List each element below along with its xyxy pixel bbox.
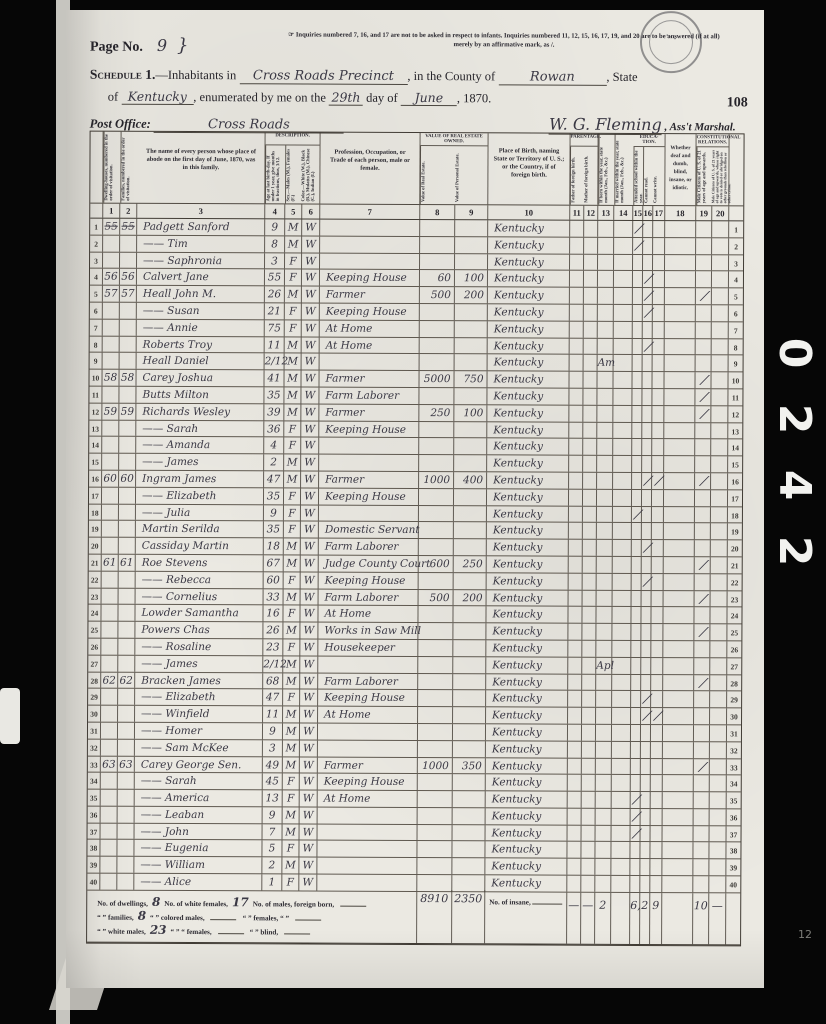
- group-parentage-title: Parentage.: [571, 134, 598, 147]
- column-number-15: 15: [633, 206, 643, 220]
- cell-n: 15: [89, 454, 102, 470]
- cell-pers: [455, 355, 488, 371]
- cell-c15: [631, 658, 641, 674]
- cell-c19: [693, 859, 709, 875]
- cell-dw: [103, 235, 120, 251]
- footer-mark-18: [662, 893, 693, 944]
- cell-c20: [711, 456, 728, 472]
- cell-c16: [642, 439, 652, 455]
- cell-real: [419, 506, 454, 522]
- cell-c17: [652, 439, 664, 455]
- cell-c19: [695, 574, 711, 590]
- cell-c15: /: [631, 826, 641, 842]
- cell-occ: Farmer: [319, 404, 419, 420]
- page-no-value: 9: [157, 36, 167, 55]
- cell-n: 37: [88, 823, 101, 839]
- cell-c18: [665, 255, 696, 271]
- cell-age: 2/12: [263, 656, 283, 672]
- cell-c19: [695, 507, 711, 523]
- cell-occ: Domestic Servant: [319, 522, 419, 538]
- cell-occ: Keeping House: [318, 690, 418, 706]
- column-number-9: 9: [455, 205, 488, 219]
- cell-nr: 38: [726, 843, 740, 859]
- colored-females-blank: [218, 924, 244, 934]
- film-label-digit: 2: [761, 391, 826, 447]
- cell-c17: [652, 490, 664, 506]
- cell-real: [418, 825, 453, 841]
- cell-real: [418, 707, 453, 723]
- film-label-digit: 4: [761, 457, 826, 513]
- column-number-16: 16: [643, 206, 653, 220]
- cell-pers: [453, 707, 486, 723]
- cell-c20: [711, 389, 728, 405]
- cell-dw: [101, 622, 118, 638]
- cell-col: W: [301, 455, 319, 471]
- cell-age: 11: [263, 706, 283, 722]
- cell-occ: Farm Laborer: [319, 539, 419, 555]
- cell-dw: [101, 773, 118, 789]
- cell-age: 35: [264, 522, 284, 538]
- cell-fam: [118, 655, 135, 671]
- cell-pers: 100: [454, 405, 487, 421]
- schedule-pre: —Inhabitants in: [155, 68, 236, 82]
- cell-n: 1: [90, 219, 103, 235]
- cell-c12: [584, 221, 598, 237]
- cell-pers: [453, 657, 486, 673]
- cell-c15: [632, 439, 642, 455]
- cell-col: W: [300, 757, 318, 773]
- cell-fam: [119, 571, 136, 587]
- cell-c20: [712, 221, 729, 237]
- column-number-13: 13: [598, 206, 614, 220]
- cell-dw: [102, 454, 119, 470]
- cell-nr: 24: [727, 608, 741, 624]
- cell-c18: [665, 271, 696, 287]
- group-value-owned: Value of Real Estate Owned. Value of Rea…: [420, 133, 488, 204]
- cell-birth: Kentucky: [487, 439, 569, 455]
- cell-c16: [641, 624, 651, 640]
- cell-age: 68: [263, 673, 283, 689]
- col-occupation-header: Profession, Occupation, or Trade of each…: [320, 133, 420, 204]
- cell-c16: [642, 557, 652, 573]
- cell-c11: [568, 607, 582, 623]
- group-education-title: Educa- tion.: [634, 134, 665, 147]
- cell-c17: [650, 843, 662, 859]
- cell-sex: M: [283, 623, 300, 639]
- col-name-header: The name of every person whose place of …: [137, 132, 265, 204]
- cell-name: —— Elizabeth: [136, 488, 264, 504]
- day-of-label: day of: [366, 91, 398, 105]
- cell-c14: [613, 523, 632, 539]
- cell-c20: [711, 372, 728, 388]
- cell-occ: [319, 505, 419, 521]
- cell-c11: [568, 641, 582, 657]
- cell-real: [419, 489, 454, 505]
- cell-c12: [583, 405, 597, 421]
- cell-c19: [695, 456, 711, 472]
- cell-name: —— Annie: [137, 320, 265, 336]
- cell-occ: Keeping House: [319, 488, 419, 504]
- cell-col: W: [301, 589, 319, 605]
- cell-fam: [119, 420, 136, 436]
- cell-birth: Kentucky: [486, 758, 568, 774]
- cell-n: 2: [90, 235, 103, 251]
- column-number-6: 6: [302, 205, 320, 219]
- cell-c15: [631, 674, 641, 690]
- schedule-label: Schedule 1.: [90, 67, 156, 82]
- cell-nr: 29: [727, 692, 741, 708]
- cell-birth: Kentucky: [488, 288, 570, 304]
- cell-col: W: [299, 875, 317, 891]
- cell-nr: 4: [729, 272, 743, 288]
- footer-rownum-right: [726, 893, 740, 944]
- cell-c14: [614, 271, 633, 287]
- cell-sex: M: [283, 707, 300, 723]
- cell-dw: [102, 588, 119, 604]
- cell-c19: [693, 843, 709, 859]
- cell-sex: M: [284, 455, 301, 471]
- cell-col: W: [300, 824, 318, 840]
- cell-nr: 32: [727, 742, 741, 758]
- cell-c15: [631, 742, 641, 758]
- cell-c19: /: [695, 406, 711, 422]
- cell-pers: 250: [454, 556, 487, 572]
- cell-col: W: [301, 371, 319, 387]
- cell-col: W: [300, 656, 318, 672]
- cell-sex: M: [285, 287, 302, 303]
- cell-c15: [632, 473, 642, 489]
- males-foreign-blank: [340, 897, 366, 907]
- cell-col: W: [300, 807, 318, 823]
- cell-c16: [641, 758, 651, 774]
- county-pre: , in the County of: [407, 69, 495, 83]
- cell-occ: Farmer: [319, 472, 419, 488]
- cell-c12: [581, 842, 595, 858]
- column-number-12: 12: [584, 206, 598, 220]
- cell-c17: [651, 641, 663, 657]
- cell-nr: 11: [728, 389, 742, 405]
- cell-c14: [614, 238, 633, 254]
- cell-c17: [651, 691, 663, 707]
- cell-c19: /: [695, 591, 711, 607]
- cell-col: W: [302, 354, 320, 370]
- cell-c18: [663, 607, 694, 623]
- cell-c19: [694, 708, 710, 724]
- cell-c14: [612, 758, 631, 774]
- cell-nr: 36: [727, 809, 741, 825]
- cell-c16: [642, 389, 652, 405]
- cell-c17: [651, 675, 663, 691]
- cell-occ: [317, 875, 417, 891]
- cell-nr: 37: [727, 826, 741, 842]
- cell-c12: [582, 674, 596, 690]
- cell-c13: Am: [598, 355, 614, 371]
- cell-c18: [665, 221, 696, 237]
- cell-col: W: [301, 539, 319, 555]
- cell-c20: [711, 406, 728, 422]
- cell-birth: Kentucky: [486, 825, 568, 841]
- cell-fam: [118, 622, 135, 638]
- group-value-owned-title: Value of Real Estate Owned.: [421, 133, 488, 146]
- cell-c20: [711, 490, 728, 506]
- cell-nr: 39: [726, 860, 740, 876]
- cell-pers: 750: [454, 371, 487, 387]
- cell-real: [420, 304, 455, 320]
- cell-real: [418, 808, 453, 824]
- cell-sex: F: [282, 875, 299, 891]
- number-row-margin: [729, 206, 743, 220]
- cell-c14: [613, 372, 632, 388]
- cell-c12: [583, 573, 597, 589]
- cell-n: 28: [88, 672, 101, 688]
- cell-sex: F: [284, 505, 301, 521]
- cell-c12: [583, 523, 597, 539]
- cell-c18: [663, 809, 694, 825]
- totals-line-3: “ ” white males, 23 “ ” “ females, “ ” b…: [97, 922, 416, 937]
- cell-c12: [583, 439, 597, 455]
- cell-c19: [694, 608, 710, 624]
- cell-dw: 59: [102, 403, 119, 419]
- cell-sex: F: [284, 488, 301, 504]
- cell-c18: [664, 423, 695, 439]
- cell-real: [420, 254, 455, 270]
- cell-c18: [663, 775, 694, 791]
- cell-birth: Kentucky: [485, 859, 567, 875]
- blind-label: “ ” blind,: [250, 928, 279, 936]
- cell-c18: [664, 490, 695, 506]
- affirmative-tick: /: [698, 287, 712, 305]
- cell-c14: [612, 708, 631, 724]
- cell-c14: [612, 624, 631, 640]
- column-number-18: 18: [665, 206, 696, 220]
- cell-c20: [710, 658, 727, 674]
- cell-occ: Farmer: [319, 371, 419, 387]
- cell-age: 36: [264, 421, 284, 437]
- cell-age: 26: [265, 287, 285, 303]
- cell-c15: [632, 372, 642, 388]
- cell-sex: M: [285, 219, 302, 235]
- cell-c13: [596, 708, 612, 724]
- cell-c12: [584, 355, 598, 371]
- insane-label-text: No. of insane,: [489, 898, 531, 906]
- cell-occ: At Home: [318, 791, 418, 807]
- cell-fam: 62: [118, 672, 135, 688]
- cell-birth: Kentucky: [487, 405, 569, 421]
- cell-c18: [663, 691, 694, 707]
- cell-occ: [320, 354, 420, 370]
- cell-c14: [612, 809, 631, 825]
- cell-c18: [664, 540, 695, 556]
- cell-c13: [597, 456, 613, 472]
- cell-age: 75: [265, 320, 285, 336]
- column-number-19: 19: [696, 206, 712, 220]
- cell-n: 5: [90, 286, 103, 302]
- cell-n: 22: [89, 571, 102, 587]
- cell-real: [418, 774, 453, 790]
- cell-c12: [582, 708, 596, 724]
- cell-nr: 35: [727, 792, 741, 808]
- cell-nr: 2: [729, 238, 743, 254]
- cell-c19: [695, 524, 711, 540]
- cell-fam: [119, 387, 136, 403]
- cell-c14: [614, 254, 633, 270]
- cell-pers: [453, 808, 486, 824]
- cell-pers: [454, 523, 487, 539]
- cell-c13: [596, 809, 612, 825]
- cell-occ: [317, 841, 417, 857]
- cell-c13: [598, 322, 614, 338]
- cell-c14: [612, 792, 631, 808]
- cell-birth: Kentucky: [487, 455, 569, 471]
- cell-pers: [455, 338, 488, 354]
- schedule-line-2: of Kentucky, enumerated by me on the 29t…: [108, 89, 728, 108]
- cell-c14: [614, 221, 633, 237]
- colored-males-label: “ ” colored males,: [150, 914, 205, 922]
- cell-nr: 13: [728, 423, 742, 439]
- cell-c19: [696, 322, 712, 338]
- cell-age: 26: [263, 622, 283, 638]
- cell-birth: Kentucky: [487, 556, 569, 572]
- col-father-foreign-header: Father of foreign birth.: [570, 147, 584, 205]
- cell-c20: [709, 876, 726, 892]
- cell-col: W: [301, 505, 319, 521]
- cell-c19: [693, 876, 709, 892]
- cell-fam: [119, 588, 136, 604]
- cell-n: 38: [87, 840, 100, 856]
- cell-occ: [318, 740, 418, 756]
- cell-c15: [632, 423, 642, 439]
- totals-line-2: “ ” families, 8 “ ” colored males, “ ” f…: [97, 908, 416, 923]
- cell-c17: [652, 372, 664, 388]
- cell-name: —— Homer: [135, 723, 263, 739]
- col-color-header: Color.—White (W.), Black (B.), Mulatto (…: [302, 146, 320, 204]
- footer-mark-11: —: [567, 893, 581, 944]
- cell-c18: [665, 288, 696, 304]
- header-rownum-right: [729, 134, 743, 205]
- cell-n: 34: [88, 773, 101, 789]
- cell-c16: [643, 238, 653, 254]
- cell-real: [420, 338, 455, 354]
- cell-name: Heall John M.: [137, 286, 265, 302]
- cell-c12: [584, 338, 598, 354]
- cell-birth: Kentucky: [486, 657, 568, 673]
- cell-c14: [614, 338, 633, 354]
- cell-fam: [120, 336, 137, 352]
- col-mother-foreign-header: Mother of foreign birth.: [584, 147, 598, 205]
- families-label: “ ” families,: [97, 913, 134, 921]
- cell-c11: [570, 355, 584, 371]
- cell-c15: [632, 490, 642, 506]
- cell-fam: 58: [119, 370, 136, 386]
- cell-nr: 17: [728, 490, 742, 506]
- cell-real: [417, 858, 452, 874]
- cell-pers: [453, 741, 486, 757]
- cell-sex: F: [284, 421, 301, 437]
- females-foreign-label: “ ” females, “ ”: [243, 914, 290, 922]
- cell-n: 40: [87, 874, 100, 890]
- cell-c15: [632, 557, 642, 573]
- cell-n: 16: [89, 471, 102, 487]
- cell-c15: [632, 406, 642, 422]
- cell-name: —— Amanda: [136, 437, 264, 453]
- cell-col: W: [300, 639, 318, 655]
- cell-c17: [650, 876, 662, 892]
- cell-c12: [584, 288, 598, 304]
- cell-c19: [694, 742, 710, 758]
- cell-c11: [569, 523, 583, 539]
- cell-c16: /: [643, 288, 653, 304]
- group-constitutional-title: Constitutional Relations.: [697, 134, 729, 147]
- cell-n: 11: [89, 387, 102, 403]
- cell-age: 11: [265, 337, 285, 353]
- cell-occ: Keeping House: [319, 421, 419, 437]
- cell-sex: M: [282, 858, 299, 874]
- cell-occ: [319, 455, 419, 471]
- cell-name: —— Cornelius: [136, 588, 264, 604]
- real-estate-total: 8910: [417, 890, 452, 943]
- cell-c17: [651, 826, 663, 842]
- cell-birth: Kentucky: [486, 775, 568, 791]
- cell-name: Lowder Samantha: [135, 605, 263, 621]
- cell-name: —— James: [135, 655, 263, 671]
- cell-col: W: [300, 690, 318, 706]
- cell-col: W: [301, 488, 319, 504]
- cell-fam: 60: [119, 471, 136, 487]
- cell-age: 2: [262, 858, 282, 874]
- cell-c16: [643, 322, 653, 338]
- cell-c15: [633, 305, 643, 321]
- census-scan: { "frame": { "film_label": "0242", "corn…: [0, 0, 826, 1024]
- insane-blank: [533, 903, 563, 904]
- cell-dw: [100, 857, 117, 873]
- col-school-header: Attended school within the year.: [633, 147, 643, 205]
- cell-occ: Farm Laborer: [319, 388, 419, 404]
- cell-occ: [320, 253, 420, 269]
- cell-c13: [597, 389, 613, 405]
- cell-fam: [119, 454, 136, 470]
- cell-c17: [651, 759, 663, 775]
- cell-nr: 6: [729, 305, 743, 321]
- cell-dw: [102, 504, 119, 520]
- cell-sex: M: [284, 539, 301, 555]
- cell-fam: 55: [120, 219, 137, 235]
- cell-col: W: [301, 572, 319, 588]
- column-number-10: 10: [488, 205, 570, 219]
- cell-c16: [642, 406, 652, 422]
- cell-c19: [696, 238, 712, 254]
- cell-c15: [632, 456, 642, 472]
- cell-c20: [711, 524, 728, 540]
- cell-c19: /: [695, 389, 711, 405]
- state-suffix: , State: [606, 70, 637, 84]
- cell-fam: [119, 487, 136, 503]
- cell-n: 4: [90, 269, 103, 285]
- cell-c16: [642, 423, 652, 439]
- cell-occ: Keeping House: [320, 270, 420, 286]
- cell-c12: [583, 557, 597, 573]
- cell-c12: [582, 758, 596, 774]
- dwellings-label: No. of dwellings,: [97, 899, 148, 907]
- cell-c12: [582, 825, 596, 841]
- cell-sex: M: [283, 757, 300, 773]
- cell-name: Richards Wesley: [136, 404, 264, 420]
- cell-n: 27: [88, 655, 101, 671]
- cell-c17: [653, 305, 665, 321]
- cell-c13: [596, 607, 612, 623]
- cell-n: 39: [87, 857, 100, 873]
- cell-c14: [614, 355, 633, 371]
- cell-c14: [612, 607, 631, 623]
